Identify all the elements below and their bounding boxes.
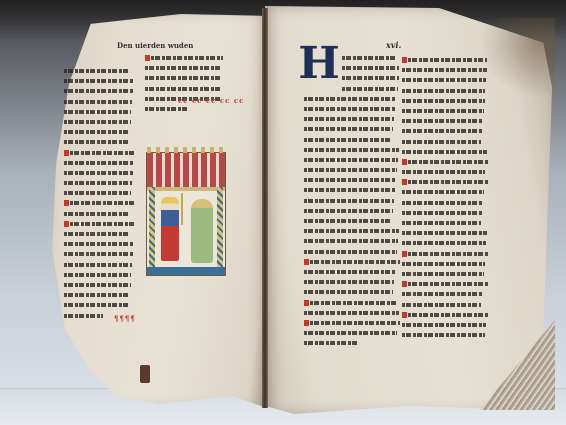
text-line bbox=[402, 291, 488, 297]
text-line bbox=[64, 119, 134, 125]
rubricated-capital bbox=[304, 259, 309, 265]
text-line bbox=[402, 220, 488, 226]
text-line bbox=[64, 262, 134, 268]
rubricated-capital bbox=[304, 320, 309, 326]
text-line bbox=[304, 300, 400, 306]
text-line bbox=[64, 302, 134, 308]
text-line bbox=[64, 109, 134, 115]
text-line bbox=[64, 282, 134, 288]
woodcut-pillar bbox=[149, 187, 155, 267]
text-line bbox=[64, 99, 134, 105]
page-tear bbox=[140, 365, 150, 383]
text-line bbox=[304, 249, 400, 255]
book-gutter bbox=[262, 8, 268, 408]
rubricated-capital bbox=[64, 200, 69, 206]
text-line bbox=[64, 231, 134, 237]
text-line bbox=[402, 108, 488, 114]
text-line bbox=[304, 330, 400, 336]
woodcut-woman-figure bbox=[191, 199, 213, 263]
text-line bbox=[402, 200, 488, 206]
left-page-right-column-text bbox=[145, 55, 223, 116]
text-line bbox=[342, 55, 400, 61]
text-line bbox=[145, 55, 223, 61]
text-line bbox=[64, 292, 134, 298]
woodcut-pillar bbox=[217, 187, 223, 267]
text-line bbox=[64, 221, 134, 227]
text-line bbox=[402, 281, 488, 287]
text-line bbox=[304, 198, 400, 204]
right-page-left-column-text bbox=[304, 55, 400, 350]
text-line bbox=[64, 160, 134, 166]
text-line bbox=[304, 310, 400, 316]
woodcut-scepter bbox=[181, 193, 183, 225]
rubricated-capital bbox=[145, 55, 150, 61]
text-line bbox=[304, 279, 400, 285]
text-line bbox=[402, 189, 488, 195]
text-line bbox=[342, 65, 400, 71]
rubricated-capital bbox=[402, 281, 407, 287]
text-line bbox=[402, 128, 488, 134]
rubricated-capital bbox=[402, 312, 407, 318]
text-line bbox=[304, 259, 400, 265]
text-line bbox=[304, 116, 400, 122]
text-line bbox=[64, 241, 134, 247]
folio-number: xvi. bbox=[386, 40, 401, 50]
text-line bbox=[64, 272, 134, 278]
text-line bbox=[64, 129, 134, 135]
rubricated-capital bbox=[304, 300, 309, 306]
text-line bbox=[64, 139, 134, 145]
rubricated-capital bbox=[402, 57, 407, 63]
text-line bbox=[145, 106, 223, 112]
text-line bbox=[402, 261, 488, 267]
text-line bbox=[402, 332, 488, 338]
text-line bbox=[402, 271, 488, 277]
text-line bbox=[304, 96, 400, 102]
text-line bbox=[64, 68, 134, 74]
text-line bbox=[304, 177, 400, 183]
text-line bbox=[304, 208, 400, 214]
text-line bbox=[402, 139, 488, 145]
stained-corner bbox=[480, 18, 555, 98]
text-line bbox=[402, 302, 488, 308]
text-line bbox=[304, 126, 400, 132]
rubricated-capital bbox=[64, 221, 69, 227]
text-line bbox=[304, 167, 400, 173]
text-line bbox=[402, 98, 488, 104]
text-line bbox=[304, 238, 400, 244]
text-line bbox=[402, 230, 488, 236]
text-line bbox=[64, 190, 134, 196]
rubricated-capital bbox=[402, 179, 407, 185]
rubricated-capital bbox=[402, 251, 407, 257]
text-line bbox=[402, 312, 488, 318]
woodcut-illustration bbox=[146, 152, 226, 276]
text-line bbox=[402, 240, 488, 246]
text-line bbox=[402, 88, 488, 94]
woodcut-king-figure bbox=[161, 197, 179, 261]
text-line bbox=[304, 106, 400, 112]
text-line bbox=[402, 169, 488, 175]
text-line bbox=[304, 147, 400, 153]
text-line bbox=[304, 340, 400, 346]
woodcut-arcade bbox=[147, 153, 225, 191]
text-line bbox=[304, 289, 400, 295]
running-head: Den uierden wuden bbox=[117, 41, 193, 50]
text-line bbox=[402, 159, 488, 165]
text-line bbox=[145, 86, 223, 92]
rubrication-marks: cc cc cc cc cc bbox=[178, 96, 244, 105]
text-line bbox=[304, 228, 400, 234]
text-line bbox=[145, 65, 223, 71]
text-line bbox=[304, 157, 400, 163]
text-line bbox=[402, 322, 488, 328]
text-line bbox=[64, 150, 134, 156]
text-line bbox=[402, 118, 488, 124]
text-line bbox=[402, 210, 488, 216]
text-line bbox=[304, 187, 400, 193]
text-line bbox=[342, 86, 400, 92]
text-line bbox=[342, 75, 400, 81]
text-line bbox=[304, 320, 400, 326]
rubricated-capital bbox=[64, 150, 69, 156]
book-photograph: Den uierden wuden cc cc cc cc cc ¶¶¶¶ xv… bbox=[0, 0, 566, 425]
text-line bbox=[402, 67, 488, 73]
text-line bbox=[64, 88, 134, 94]
text-line bbox=[402, 77, 488, 83]
text-line bbox=[304, 218, 400, 224]
text-line bbox=[402, 251, 488, 257]
text-line bbox=[145, 75, 223, 81]
text-line bbox=[64, 211, 134, 217]
text-line bbox=[304, 269, 400, 275]
text-line bbox=[64, 170, 134, 176]
text-line bbox=[304, 137, 400, 143]
rubricated-capital bbox=[402, 159, 407, 165]
text-line bbox=[402, 179, 488, 185]
text-line bbox=[64, 200, 134, 206]
text-line bbox=[64, 251, 134, 257]
text-line bbox=[402, 149, 488, 155]
woodcut-floor bbox=[147, 267, 225, 275]
right-page-right-column-text bbox=[402, 57, 488, 342]
rubrication-end-marks: ¶¶¶¶ bbox=[114, 314, 136, 323]
text-line bbox=[64, 180, 134, 186]
left-page-text-column bbox=[64, 68, 134, 323]
text-line bbox=[64, 78, 134, 84]
text-line bbox=[402, 57, 488, 63]
